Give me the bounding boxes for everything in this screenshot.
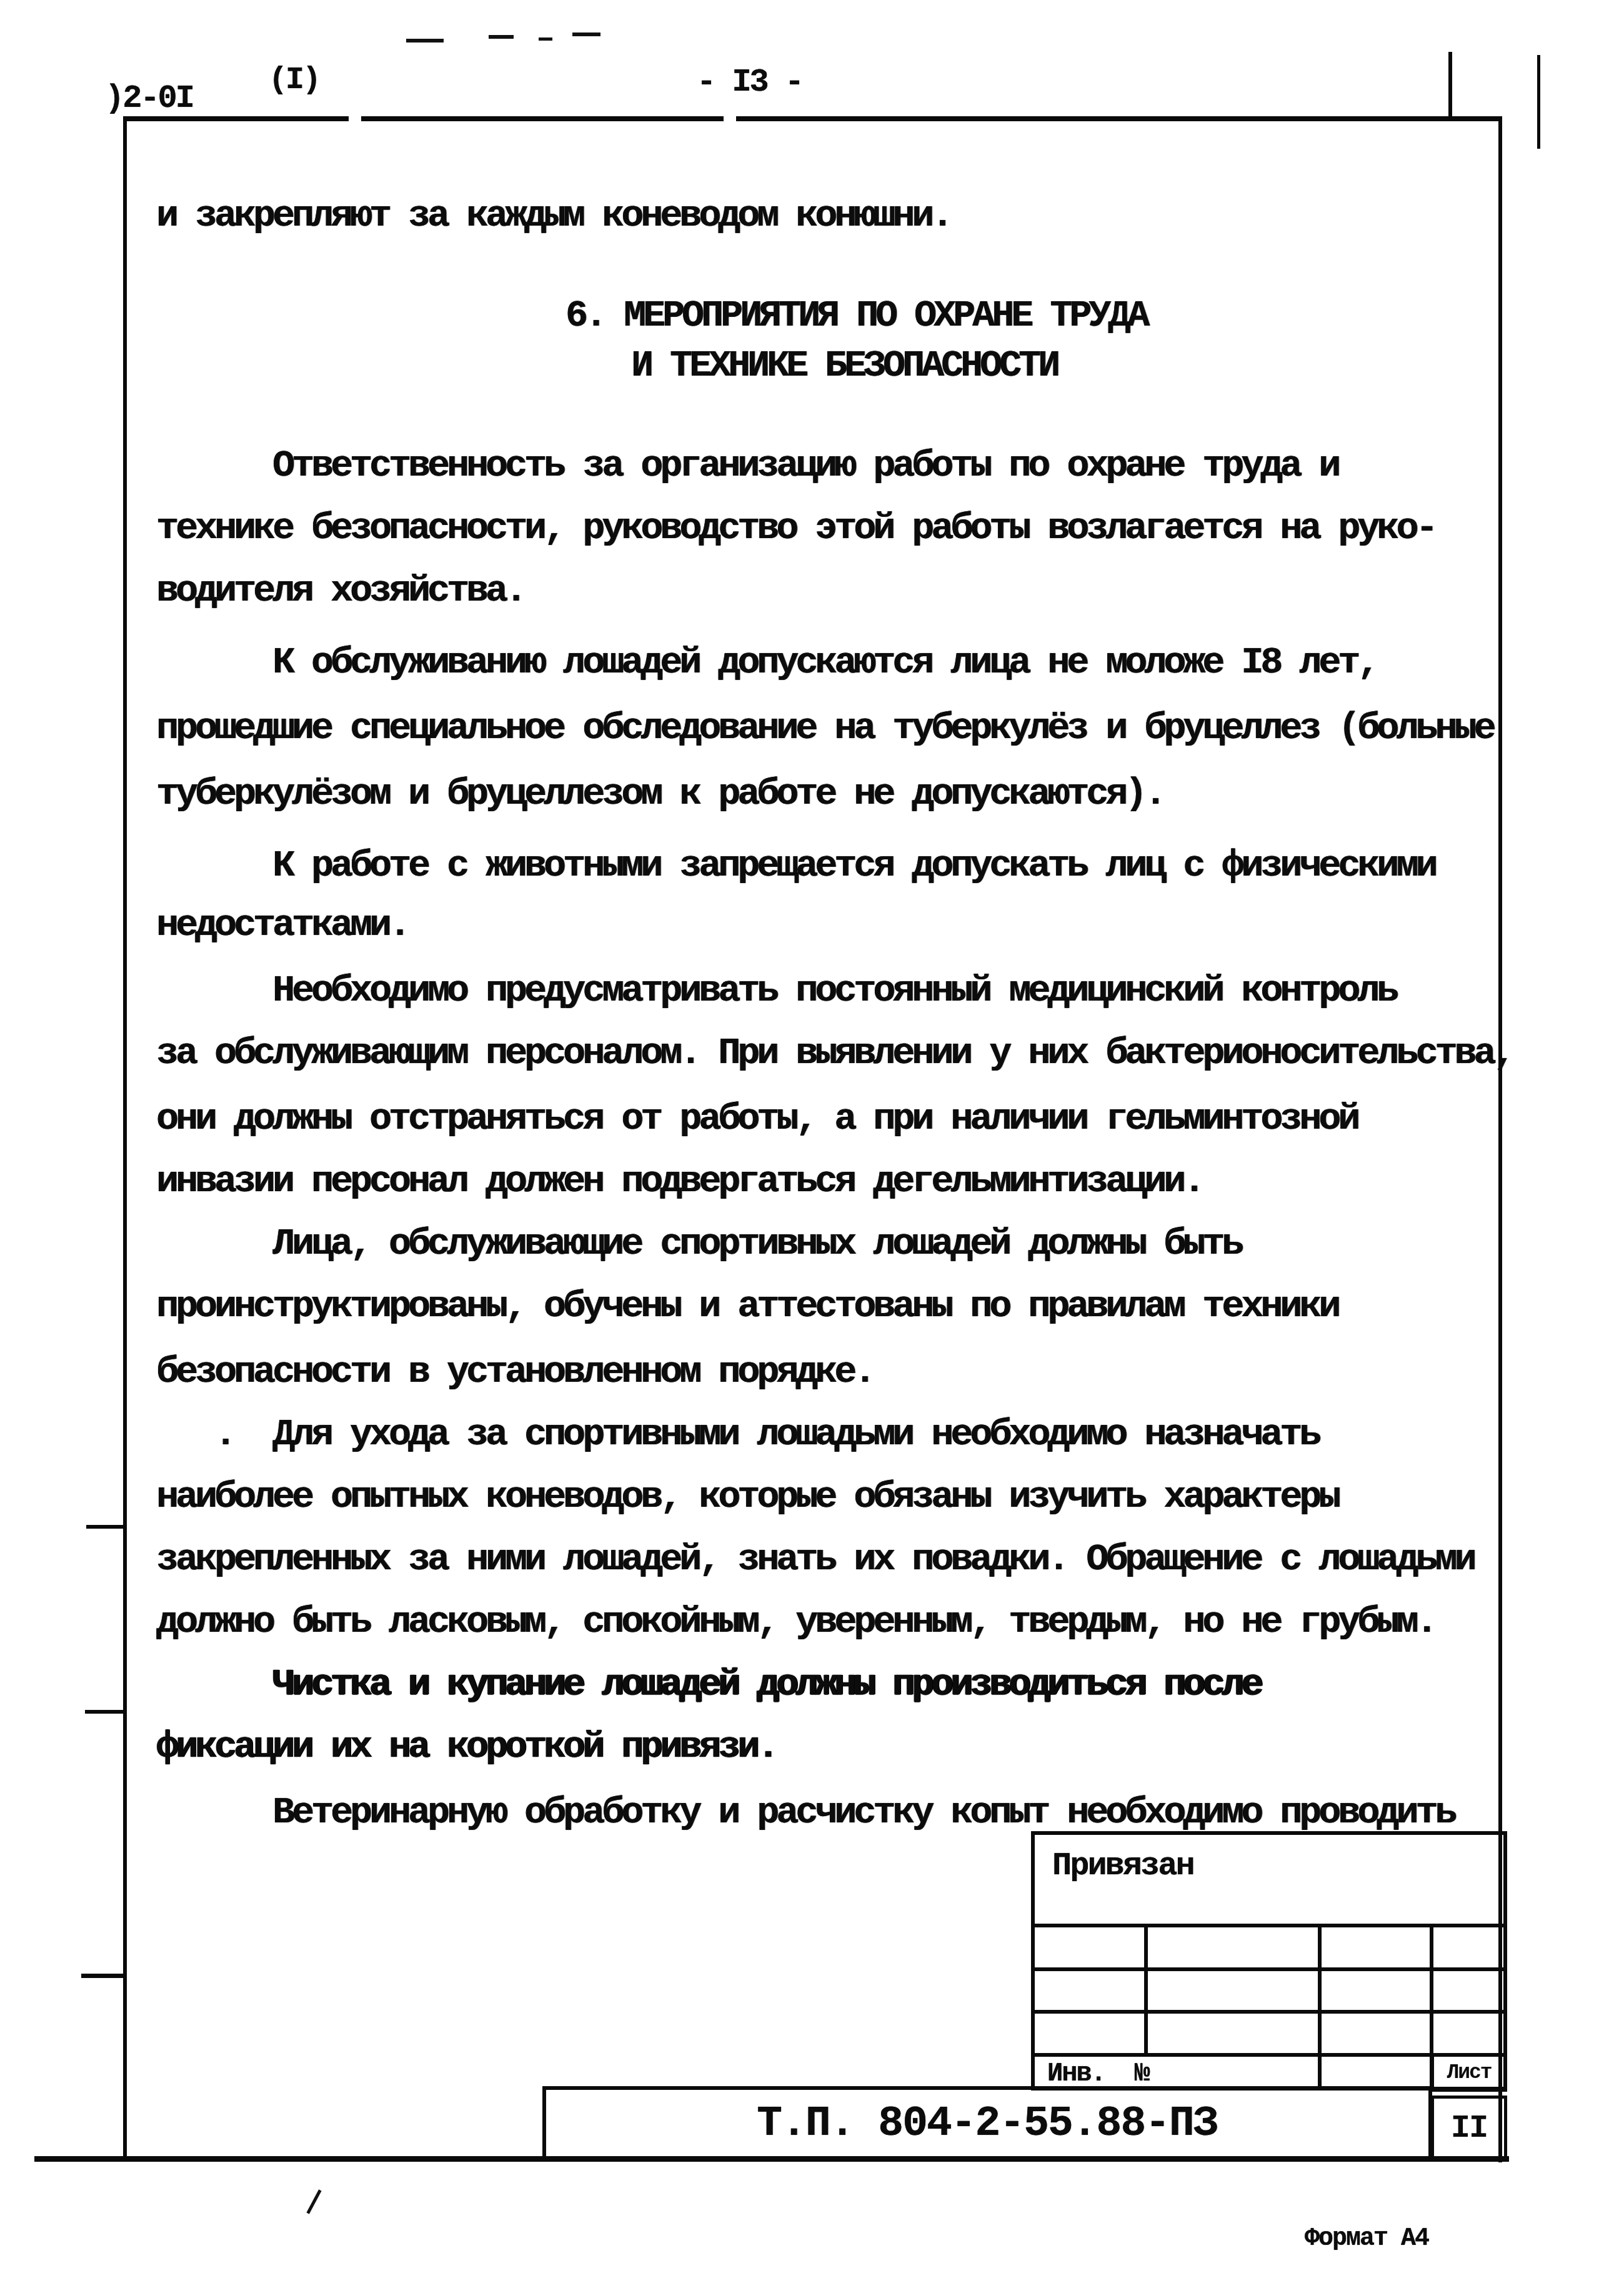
sheet-label-box: Лист [1431,2053,1507,2092]
margin-tick [81,1974,126,1978]
frame-top-segment [361,116,724,121]
scan-artifact [489,35,514,39]
text-line: прошедшие специальное обследование на ту… [156,709,1493,748]
title-block-line [1031,1967,1507,1971]
text-line: фиксации их на короткой привязи. [156,1728,776,1767]
sheet-number-box: II [1431,2096,1507,2161]
text-line: инвазии персонал должен подвергаться дег… [156,1162,1202,1201]
section-title-line: И ТЕХНИКЕ БЕЗОПАСНОСТИ [631,347,1057,386]
title-block-line [1031,1924,1507,1927]
scanned-document-page: )2-0I (I) - I3 - и закрепляют за каждым … [0,0,1624,2288]
title-block-line [1144,1924,1148,2057]
corner-mark [1537,55,1540,149]
text-line: технике безопасности, руководство этой р… [156,509,1435,548]
text-line: Необходимо предусматривать постоянный ме… [156,972,1396,1011]
scan-artifact [539,37,552,41]
title-block-inventory-label: Инв. № [1047,2059,1148,2089]
frame-top-segment [126,116,349,121]
text-line: за обслуживающим персоналом. При выявлен… [156,1034,1512,1073]
sheet-number: II [1451,2110,1487,2147]
title-block-linked-label: Привязан [1052,1847,1193,1884]
text-line: Лица, обслуживающие спортивных лошадей д… [156,1225,1241,1264]
title-block-line [1031,2010,1507,2014]
text-line: . Для ухода за спортивными лошадьми необ… [156,1416,1318,1454]
text-line: закрепленных за ними лошадей, знать их п… [156,1541,1473,1579]
scan-artifact [406,39,444,42]
text-line: наиболее опытных коневодов, которые обяз… [156,1478,1338,1517]
title-block-line [1318,1924,1322,2091]
sheet-label: Лист [1447,2061,1491,2084]
frame-top-segment [736,116,1501,121]
scan-artifact [306,2189,321,2214]
page-number: - I3 - [697,64,802,101]
document-number: Т.П. 804-2-55.88-ПЗ [757,2100,1217,2148]
text-line: они должны отстраняться от работы, а при… [156,1100,1357,1139]
text-line: водителя хозяйства. [156,572,524,611]
text-line: туберкулёзом и бруцеллезом к работе не д… [156,775,1163,814]
text-line: и закрепляют за каждым коневодом конюшни… [156,197,950,236]
text-line: должно быть ласковым, спокойным, уверенн… [156,1603,1435,1642]
text-line: Ветеринарную обработку и расчистку копыт… [156,1794,1454,1832]
corner-mark [1448,52,1452,118]
text-line: К работе с животными запрещается допуска… [156,847,1435,886]
text-line: безопасности в установленном порядке. [156,1353,873,1392]
text-line: проинструктированы, обучены и аттестован… [156,1287,1338,1326]
copy-mark: (I) [269,62,319,98]
format-label: Формат А4 [1305,2225,1428,2253]
text-line: недостатками. [156,906,408,945]
text-line: Ответственность за организацию работы по… [156,447,1338,486]
text-line: К обслуживанию лошадей допускаются лица … [156,644,1377,682]
document-code: )2-0I [105,80,193,117]
frame-left [123,116,127,2160]
scan-artifact [572,32,600,36]
section-title-line: 6. МЕРОПРИЯТИЯ ПО ОХРАНЕ ТРУДА [565,297,1147,336]
stamp-document-number: Т.П. 804-2-55.88-ПЗ [542,2086,1432,2161]
margin-tick [85,1710,125,1714]
margin-tick [86,1525,125,1529]
text-line: Чистка и купание лошадей должны производ… [156,1666,1260,1704]
